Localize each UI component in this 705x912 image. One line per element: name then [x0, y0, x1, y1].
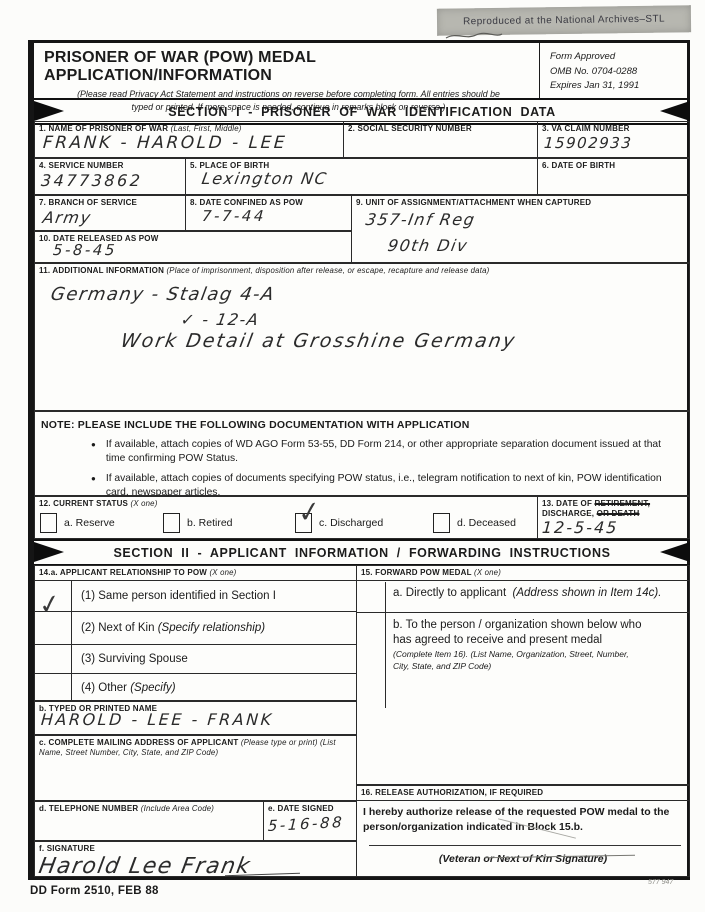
relationship-option-2-label: (2) Next of Kin	[81, 622, 155, 634]
field-14a-label: 14.a. APPLICANT RELATIONSHIP TO POW (X o…	[35, 566, 356, 581]
discharged-check-mark: ✓	[297, 495, 322, 531]
relationship-option-4-label: (4) Other	[81, 682, 127, 694]
field-13-label-prefix: 13. DATE OF	[542, 499, 592, 508]
relationship-option-next-of-kin: (2) Next of Kin (Specify relationship)	[35, 612, 356, 645]
relationship-option-3-label: (3) Surviving Spouse	[81, 653, 188, 665]
field-14f-signature: f. SIGNATURE Harold Lee Frank	[34, 841, 357, 877]
omb-approval-line2: OMB No. 0704-0288	[550, 65, 686, 80]
field-7-branch-of-service: 7. BRANCH OF SERVICE Army	[34, 195, 186, 231]
relationship-option-2-note: (Specify relationship)	[158, 622, 265, 634]
banner-arrow-right-icon	[34, 542, 64, 562]
field-12-current-status: 12. CURRENT STATUS (X one) a. Reserve b.…	[34, 496, 538, 539]
field-16-authorization-text: I hereby authorize release of the reques…	[357, 801, 689, 837]
field-5-value: Lexington NC	[200, 169, 329, 188]
release-signature-caption: (Veteran or Next of Kin Signature)	[357, 853, 689, 865]
forward-option-directly: a. Directly to applicant (Address shown …	[357, 581, 689, 613]
pow-medal-application-form: PRISONER OF WAR (POW) MEDAL APPLICATION/…	[28, 40, 690, 880]
field-3-va-claim-number: 3. VA CLAIM NUMBER 15902933	[537, 121, 690, 158]
checkbox-deceased	[433, 513, 450, 533]
field-1-label-text: 1. NAME OF PRISONER OF WAR	[39, 124, 168, 133]
field-3-label: 3. VA CLAIM NUMBER	[542, 124, 685, 134]
field-2-label: 2. SOCIAL SECURITY NUMBER	[348, 124, 533, 134]
bullet-icon: ●	[91, 440, 96, 465]
field-11-value-line3: Work Detail at Grosshine Germany	[119, 330, 518, 352]
field-12-label-note: (X one)	[131, 499, 158, 508]
release-signature-line	[369, 845, 681, 846]
omb-approval-line3: Expires Jan 31, 1991	[550, 79, 686, 94]
field-14a-label-text: 14.a. APPLICANT RELATIONSHIP TO POW	[39, 568, 207, 577]
documentation-note-box: NOTE: PLEASE INCLUDE THE FOLLOWING DOCUM…	[34, 411, 690, 496]
field-5-place-of-birth: 5. PLACE OF BIRTH Lexington NC	[185, 158, 538, 195]
field-15-label-note: (X one)	[474, 568, 501, 577]
field-16-label: 16. RELEASE AUTHORIZATION, IF REQUIRED	[357, 786, 689, 801]
field-4-label: 4. SERVICE NUMBER	[39, 161, 181, 171]
status-option-retired: b. Retired	[163, 513, 233, 533]
field-11-value-line1: Germany - Stalag 4-A	[49, 284, 277, 305]
field-14a-relationship: 14.a. APPLICANT RELATIONSHIP TO POW (X o…	[34, 565, 357, 701]
status-option-discharged-label: c. Discharged	[319, 517, 383, 533]
field-13-label-struck-retirement: RETIREMENT,	[595, 499, 651, 508]
checkbox-reserve	[40, 513, 57, 533]
forward-option-a-label: a. Directly to applicant	[393, 587, 506, 599]
banner-arrow-left-icon	[660, 101, 690, 121]
field-9-value-line2: 90th Div	[386, 236, 469, 255]
field-9-label: 9. UNIT OF ASSIGNMENT/ATTACHMENT WHEN CA…	[356, 198, 685, 208]
forward-option-b-line2: has agreed to receive and present medal	[393, 634, 602, 646]
field-3-value: 15902933	[543, 134, 633, 152]
form-title-block: PRISONER OF WAR (POW) MEDAL APPLICATION/…	[34, 43, 540, 98]
field-1-pow-name: 1. NAME OF PRISONER OF WAR (Last, First,…	[34, 121, 344, 158]
relationship-option-4-note: (Specify)	[130, 682, 175, 694]
section1-banner-title: SECTION I - PRISONER OF WAR IDENTIFICATI…	[168, 105, 555, 119]
field-4-value: 34773862	[40, 171, 143, 190]
status-option-reserve: a. Reserve	[40, 513, 115, 533]
field-1-label-note: (Last, First, Middle)	[171, 124, 242, 133]
relationship-option-other: (4) Other (Specify)	[35, 674, 356, 702]
field-14d-label: d. TELEPHONE NUMBER (Include Area Code)	[39, 804, 259, 814]
field-16-release-authorization: 16. RELEASE AUTHORIZATION, IF REQUIRED I…	[356, 785, 690, 877]
field-14d-label-note: (Include Area Code)	[141, 804, 214, 813]
applicant-signature: Harold Lee Frank	[37, 854, 253, 879]
note-bullet-1: ● If available, attach copies of WD AGO …	[91, 438, 669, 465]
field-8-date-confined: 8. DATE CONFINED AS POW 7-7-44	[185, 195, 352, 231]
field-11-label: 11. ADDITIONAL INFORMATION (Place of imp…	[39, 266, 685, 276]
field-14c-mailing-address: c. COMPLETE MAILING ADDRESS OF APPLICANT…	[34, 735, 357, 801]
field-11-value-line2-text: - 12-A	[201, 310, 261, 329]
field-11-label-text: 11. ADDITIONAL INFORMATION	[39, 266, 164, 275]
status-option-deceased: d. Deceased	[433, 513, 516, 533]
relationship-option-surviving-spouse: (3) Surviving Spouse	[35, 645, 356, 674]
field-2-ssn: 2. SOCIAL SECURITY NUMBER	[343, 121, 538, 158]
field-14d-label-text: d. TELEPHONE NUMBER	[39, 804, 138, 813]
field-10-value: 5-8-45	[52, 241, 117, 259]
field-14d-telephone: d. TELEPHONE NUMBER (Include Area Code)	[34, 801, 264, 841]
field-13-date-of-discharge: 13. DATE OF RETIREMENT, DISCHARGE, OR DE…	[537, 496, 690, 539]
field-11-additional-information: 11. ADDITIONAL INFORMATION (Place of imp…	[34, 263, 690, 411]
handwritten-check-mark: ✓	[179, 310, 197, 329]
field-15-forward-medal: 15. FORWARD POW MEDAL (X one) a. Directl…	[356, 565, 690, 785]
field-14b-typed-name: b. TYPED OR PRINTED NAME HAROLD - LEE - …	[34, 701, 357, 735]
banner-arrow-left-icon	[660, 542, 690, 562]
checkbox-retired	[163, 513, 180, 533]
field-1-value: FRANK - HAROLD - LEE	[42, 133, 287, 153]
field-15-label-text: 15. FORWARD POW MEDAL	[361, 568, 472, 577]
banner-arrow-right-icon	[34, 101, 64, 121]
archives-stamp-text: Reproduced at the National Archives–STL	[463, 14, 665, 28]
field-14e-date-signed: e. DATE SIGNED 5-16-88	[263, 801, 357, 841]
omb-approval-line1: Form Approved	[550, 50, 686, 65]
field-7-label: 7. BRANCH OF SERVICE	[39, 198, 181, 208]
field-6-label: 6. DATE OF BIRTH	[542, 161, 685, 171]
field-14c-label: c. COMPLETE MAILING ADDRESS OF APPLICANT…	[39, 738, 352, 759]
field-10-date-released: 10. DATE RELEASED AS POW 5-8-45	[34, 231, 352, 263]
field-9-unit-when-captured: 9. UNIT OF ASSIGNMENT/ATTACHMENT WHEN CA…	[351, 195, 690, 263]
scanned-document-page: Reproduced at the National Archives–STL …	[0, 0, 705, 912]
field-12-label: 12. CURRENT STATUS (X one)	[39, 499, 533, 509]
status-option-deceased-label: d. Deceased	[457, 517, 516, 533]
field-7-value: Army	[41, 208, 93, 227]
field-15-label: 15. FORWARD POW MEDAL (X one)	[357, 566, 689, 581]
form-number: DD Form 2510, FEB 88	[30, 885, 159, 897]
corner-print-code: 577 947	[648, 879, 673, 886]
field-14c-label-text: c. COMPLETE MAILING ADDRESS OF APPLICANT	[39, 738, 238, 747]
field-13-label: 13. DATE OF RETIREMENT, DISCHARGE, OR DE…	[542, 499, 685, 520]
forward-option-person-org: b. To the person / organization shown be…	[357, 613, 689, 676]
omb-approval-block: Form Approved OMB No. 0704-0288 Expires …	[540, 43, 690, 98]
relationship-option-1-label: (1) Same person identified in Section I	[81, 590, 276, 602]
section2-banner: SECTION II - APPLICANT INFORMATION / FOR…	[34, 539, 690, 566]
forward-option-b-note: (Complete Item 16). (List Name, Organiza…	[393, 649, 643, 672]
field-14e-value: 5-16-88	[267, 813, 344, 835]
field-11-label-note: (Place of imprisonment, disposition afte…	[167, 266, 490, 275]
field-11-value-line2: ✓ - 12-A	[179, 310, 261, 329]
forward-option-b-line1: b. To the person / organization shown be…	[393, 619, 641, 631]
field-6-date-of-birth: 6. DATE OF BIRTH	[537, 158, 690, 195]
forward-option-a-note: (Address shown in Item 14c).	[513, 587, 662, 599]
field-8-value: 7-7-44	[201, 207, 266, 225]
field-14b-value: HAROLD - LEE - FRANK	[40, 710, 274, 729]
field-14f-label: f. SIGNATURE	[39, 844, 352, 854]
field-4-service-number: 4. SERVICE NUMBER 34773862	[34, 158, 186, 195]
status-option-retired-label: b. Retired	[187, 517, 233, 533]
relationship-option-same-person: (1) Same person identified in Section I	[35, 581, 356, 612]
form-header: PRISONER OF WAR (POW) MEDAL APPLICATION/…	[34, 43, 690, 98]
note-heading: NOTE: PLEASE INCLUDE THE FOLLOWING DOCUM…	[41, 419, 685, 431]
section2-banner-title: SECTION II - APPLICANT INFORMATION / FOR…	[113, 546, 610, 560]
field-12-label-text: 12. CURRENT STATUS	[39, 499, 128, 508]
field-13-value: 12-5-45	[541, 518, 619, 537]
form-title: PRISONER OF WAR (POW) MEDAL APPLICATION/…	[44, 49, 533, 85]
status-option-reserve-label: a. Reserve	[64, 517, 115, 533]
field-9-value-line1: 357-Inf Reg	[364, 210, 477, 229]
note-bullet-1-text: If available, attach copies of WD AGO Fo…	[106, 438, 669, 465]
field-14a-label-note: (X one)	[210, 568, 237, 577]
